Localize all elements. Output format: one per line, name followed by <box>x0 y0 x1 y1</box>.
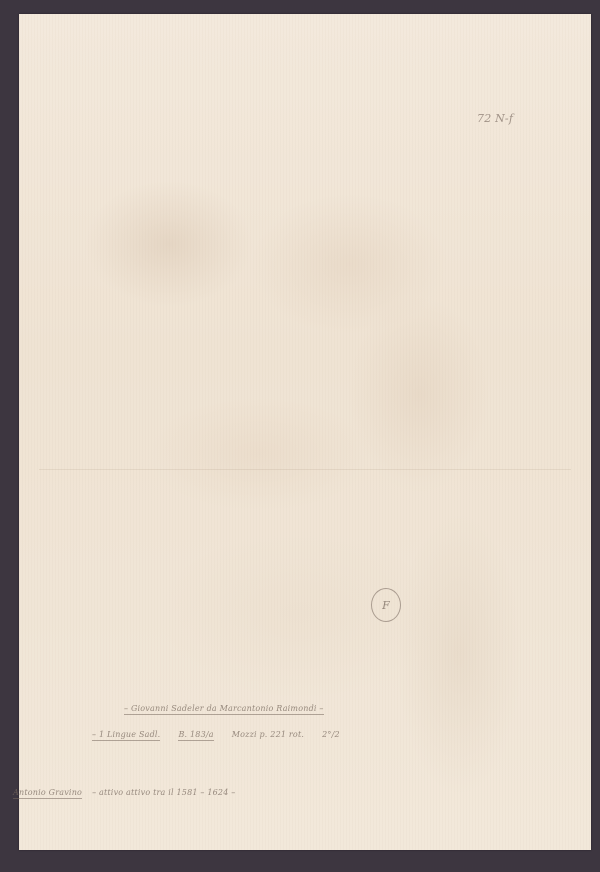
catalogue-ref-part4: 2°/2 <box>322 730 340 741</box>
attribution-note: – Giovanni Sadeler da Marcantonio Raimon… <box>124 704 324 715</box>
circled-letter-mark: F <box>371 588 401 622</box>
inventory-reference-note: 72 N-f <box>477 112 513 125</box>
paper-crease <box>39 469 571 470</box>
artist-name: Antonio Gravino <box>13 788 82 799</box>
catalogue-ref-part3: Mozzi p. 221 rot. <box>232 730 304 741</box>
artist-note: Antonio Gravino – attivo attivo tra il 1… <box>13 788 235 799</box>
paper-sheet <box>19 14 591 850</box>
catalogue-reference-note: – 1 Lingue Sadl. B. 183/a Mozzi p. 221 r… <box>92 730 340 741</box>
catalogue-ref-part1: – 1 Lingue Sadl. <box>92 730 160 741</box>
artist-dates: – attivo attivo tra il 1581 – 1624 – <box>92 788 235 799</box>
catalogue-ref-part2: B. 183/a <box>178 730 213 741</box>
